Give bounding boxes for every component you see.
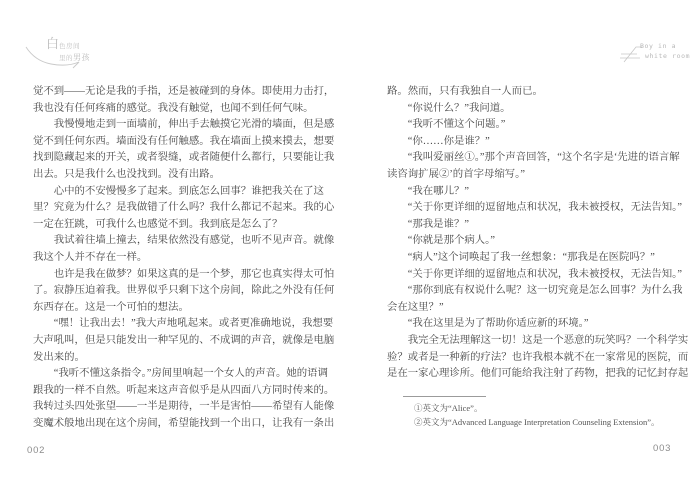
text-line: “关于你更详细的逗留地点和状况，我未被授权，无法告知。” [387,267,689,284]
book-title-cn: 白色房间 里的男孩 [46,40,90,63]
text-line: 找到隐藏起来的开关，或者裂缝，或者随便什么都行，只要能让我 [33,150,341,167]
text-line: “我听不懂这个问题。” [387,117,689,134]
text-line: “你就是那个病人。” [387,233,689,250]
left-page-text: 觉不到——无论是我的手指，还是被碰到的身体。即使用力击打，我也没有任何疼痛的感觉… [33,84,341,432]
text-line: “我在这里是为了帮助你适应新的环境。” [387,316,689,333]
title-top-small: 色房间 [59,43,80,50]
text-line: 我这个人并不存在一样。 [33,250,341,267]
text-line: 东西存在。这是一个可怕的想法。 [33,300,341,317]
footnote-lines: ①英文为“Alice”。②英文为“Advanced Language Inter… [387,402,689,429]
text-line: 是在一家心理诊所。他们可能给我注射了药物，把我的记忆封存起 [387,366,689,383]
text-line: “那我是谁？” [387,217,689,234]
text-line: 发出来的。 [33,350,341,367]
text-line: 我试着往墙上撞去，结果依然没有感觉，也听不见声音。就像 [33,233,341,250]
title-bottom-small: 里的 [59,55,73,62]
title-bottom-mid: 男孩 [73,53,90,62]
footnote-divider [403,396,486,397]
text-line: “嘿！让我出去！”我大声地吼起来。或者更准确地说，我想要 [33,316,341,333]
text-line: 了。寂静压迫着我。世界似乎只剩下这个房间，除此之外没有任何 [33,283,341,300]
text-line: 跟我的一样不自然。听起来这声音似乎是从四面八方同时传来的。 [33,383,341,400]
text-line: 出去。只是我什么也没找到。没有出路。 [33,167,341,184]
right-running-head: Boy in a white room [620,42,698,66]
text-line: 里？究竟为什么？是我做错了什么吗？我什么都记不起来。我的心 [33,200,341,217]
text-line: 会在这里？” [387,300,689,317]
text-line: “我在哪儿？” [387,184,689,201]
text-line: 也许是我在做梦？如果这真的是一个梦，那它也真实得太可怕 [33,267,341,284]
footnotes-block: ①英文为“Alice”。②英文为“Advanced Language Inter… [387,396,689,429]
text-line: 验？或者是一种新的疗法？也许我根本就不在一家常见的医院，而 [387,350,689,367]
title-en-line2: white room [645,52,690,61]
text-line: 我完全无法理解这一切！这是一个恶意的玩笑吗？一个科学实 [387,333,689,350]
text-line: “关于你更详细的逗留地点和状况，我未被授权，无法告知。” [387,200,689,217]
text-line: 我也没有任何疼痛的感觉。我没有触觉，也闻不到任何气味。 [33,101,341,118]
book-spread: 白色房间 里的男孩 Boy in a white room 觉不到——无论是我的… [0,0,700,500]
text-line: 大声吼叫，但是只能发出一种罕见的、不成调的声音，就像是电脑 [33,333,341,350]
footnote-line: ①英文为“Alice”。 [387,402,689,416]
book-title-en: Boy in a white room [640,42,690,61]
text-line: “病人”这个词唤起了我一丝想象：“那我是在医院吗？” [387,250,689,267]
text-line: 觉不到——无论是我的手指，还是被碰到的身体。即使用力击打， [33,84,341,101]
text-line: 路。然而，只有我独自一人而已。 [387,84,689,101]
left-page-number: 002 [27,445,45,456]
text-line: 读咨询扩展②’的首字母缩写。” [387,167,689,184]
title-char-large: 白 [46,36,59,51]
text-line: 心中的不安慢慢多了起来。到底怎么回事？谁把我关在了这 [33,184,341,201]
text-line: “我叫爱丽丝①。”那个声音回答，“这个名字是‘先进的语言解 [387,150,689,167]
text-line: “我听不懂这条指令。”房间里响起一个女人的声音。她的语调 [33,366,341,383]
title-en-line1: Boy in a [640,42,690,51]
text-line: 我慢慢地走到一面墙前，伸出手去触摸它光滑的墙面，但是感 [33,117,341,134]
left-running-head: 白色房间 里的男孩 [25,39,120,73]
text-line: 觉不到任何东西。墙面没有任何触感。我在墙面上摸来摸去，想要 [33,134,341,151]
text-line: 变魔术般地出现在这个房间，希望能找到一个出口，让我有一条出 [33,416,341,433]
text-line: “你……你是谁？” [387,134,689,151]
text-line: “你说什么？”我问道。 [387,101,689,118]
right-page-text: 路。然而，只有我独自一人而已。 “你说什么？”我问道。 “我听不懂这个问题。” … [387,84,689,383]
text-line: “那你到底有权说什么呢？这一切究竟是怎么回事？为什么我 [387,283,689,300]
text-line: 我转过头四处张望——一半是期待，一半是害怕——希望有人能像 [33,399,341,416]
footnote-line: ②英文为“Advanced Language Interpretation Co… [387,416,689,430]
right-page-number: 003 [653,443,671,454]
text-line: 一定在狂跳，可我什么也感觉不到。我到底是怎么了？ [33,217,341,234]
